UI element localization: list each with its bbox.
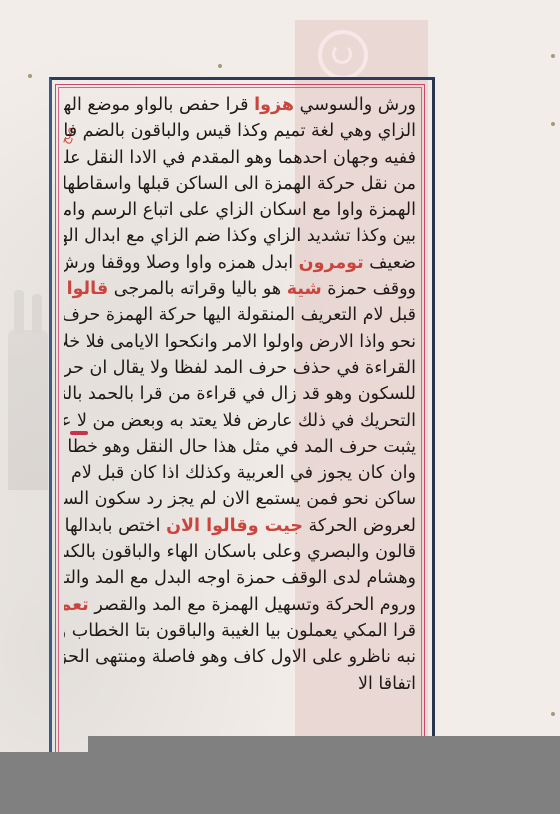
text-line: قرا المكي يعملون بيا الغيبة والباقون بتا…: [64, 618, 416, 644]
bleed-through-minaret-image: [8, 330, 48, 490]
paper-speck: [551, 712, 555, 716]
text-line: ووقف حمزة شية هو باليا وقراته بالمرجى قا…: [64, 276, 416, 302]
rubric-word: هزوا: [254, 95, 294, 115]
rubric-word: جيت وقالوا الان: [166, 516, 303, 536]
text-line: قبل لام التعريف المنقولة اليها حركة الهم…: [64, 302, 416, 328]
manuscript-text-block: ورش والسوسي هزوا قرا حفص بالواو موضع اله…: [64, 92, 416, 742]
text-line: وان كان يجوز في العربية وكذلك اذا كان قب…: [64, 460, 416, 486]
rubric-word: شية: [287, 279, 322, 299]
text-line: من نقل حركة الهمزة الى الساكن قبلها واسق…: [64, 171, 416, 197]
text-line: ضعيف تومرون ابدل همزه واوا وصلا ووقفا ور…: [64, 250, 416, 276]
paper-speck: [551, 122, 555, 126]
text-line: بين وكذا تشديد الزاي وكذا ضم الزاي مع اب…: [64, 223, 416, 249]
rubric-word: تومرون: [299, 253, 364, 273]
text-line: نحو واذا الارض واولوا الامر وانكحوا الاي…: [64, 329, 416, 355]
watermark-logo-icon: [318, 30, 368, 80]
paper-speck: [28, 74, 32, 78]
text-line: التحريك في ذلك عارض فلا يعتد به وبعض من …: [64, 408, 416, 434]
occluding-grey-bar-left: [0, 752, 88, 814]
text-line: قالون والبصري وعلى باسكان الهاء والباقون…: [64, 539, 416, 565]
text-line: ففيه وجهان احدهما وهو المقدم في الادا ال…: [64, 145, 416, 171]
paper-speck: [551, 54, 555, 58]
text-line: اتفاقا الا: [64, 671, 416, 697]
text-line: نبه ناظرو على الاول كاف وهو فاصلة ومنتهى…: [64, 644, 416, 670]
rubric-word: قالوا الان: [64, 279, 108, 299]
text-line: وهشام لدى الوقف حمزة اوجه البدل مع المد …: [64, 565, 416, 591]
text-line: القراءة في حذف حرف المد لفظا ولا يقال ان…: [64, 355, 416, 381]
text-line: الهمزة واوا مع اسكان الزاي على اتباع الر…: [64, 197, 416, 223]
text-line: لعروض الحركة جيت وقالوا الان اختص بابدال…: [64, 513, 416, 539]
text-line: الزاي وهي لغة تميم وكذا قيس والباقون بال…: [64, 118, 416, 144]
paper-speck: [218, 64, 222, 68]
text-line: للسكون وهو قد زال في قراءة من قرا بالحمد…: [64, 381, 416, 407]
rubric-word: تعملون افتطمعون: [64, 595, 89, 615]
occluding-grey-bar: [88, 736, 560, 814]
text-line: ورش والسوسي هزوا قرا حفص بالواو موضع اله…: [64, 92, 416, 118]
text-line: وروم الحركة وتسهيل الهمزة مع المد والقصر…: [64, 592, 416, 618]
text-line: يثبت حرف المد في مثل هذا حال النقل وهو خ…: [64, 434, 416, 460]
text-line: ساكن نحو فمن يستمع الان لم يجز رد سكون ا…: [64, 486, 416, 512]
